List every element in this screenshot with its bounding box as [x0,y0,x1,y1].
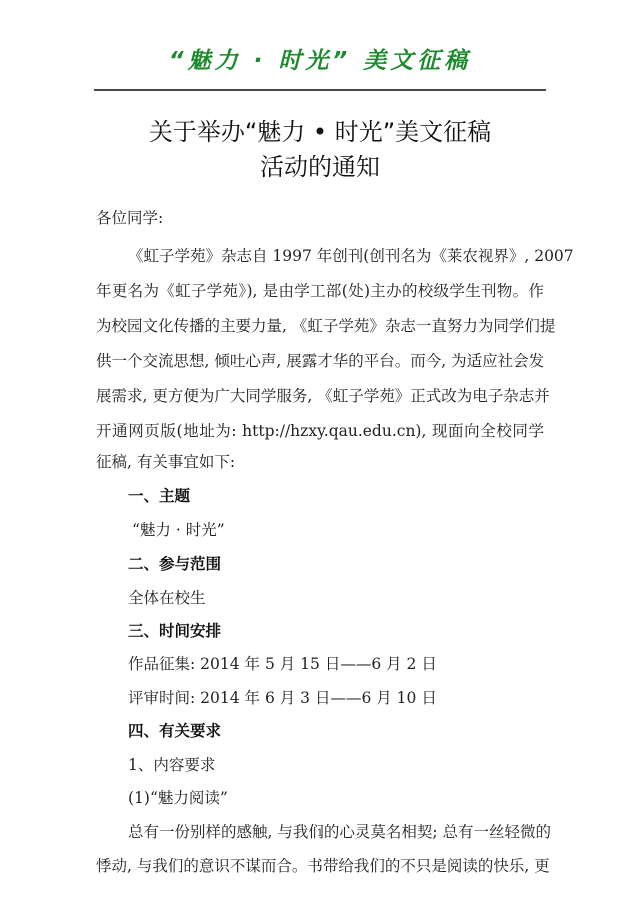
section-heading-scope: 二、参与范围 [128,552,221,574]
intro-line: 供一个交流思想, 倾吐心声, 展露才华的平台。而今, 为适应社会发 [96,349,544,371]
salutation: 各位同学: [96,206,163,228]
requirement-item: 1、内容要求 [128,753,215,775]
header-title: “魅力 · 时光” 美文征稿 [0,42,640,75]
requirement-subitem: (1)“魅力阅读” [128,786,228,808]
intro-line: 为校园文化传播的主要力量, 《虹子学苑》杂志一直努力为同学们提 [96,314,544,336]
schedule-collection: 作品征集: 2014 年 5 月 15 日——6 月 2 日 [128,652,437,674]
theme-value: “魅力 · 时光” [132,518,225,540]
section-heading-theme: 一、主题 [128,484,190,506]
intro-line: 展需求, 更方便为广大同学服务, 《虹子学苑》正式改为电子杂志并 [96,384,544,406]
document-title-line1: 关于举办“魅力 • 时光”美文征稿 [0,112,640,147]
header-divider [94,89,546,91]
section-heading-requirements: 四、有关要求 [128,719,221,741]
intro-line: 《虹子学苑》杂志自 1997 年创刊(创刊名为《莱农视界》, 2007 [128,244,544,266]
intro-line: 年更名为《虹子学苑》), 是由学工部(处)主办的校级学生刊物。作 [96,279,544,301]
document-title-line2: 活动的通知 [0,147,640,182]
requirement-body-line: 悸动, 与我们的意识不谋而合。书带给我们的不只是阅读的快乐, 更 [96,854,544,876]
intro-line: 开通网页版(地址为: http://hzxy.qau.edu.cn), 现面向全… [96,419,544,441]
page-number: 1 [0,828,640,839]
schedule-review: 评审时间: 2014 年 6 月 3 日——6 月 10 日 [128,686,437,708]
intro-line: 征稿, 有关事宜如下: [96,450,235,472]
scope-value: 全体在校生 [128,586,206,608]
section-heading-schedule: 三、时间安排 [128,619,221,641]
